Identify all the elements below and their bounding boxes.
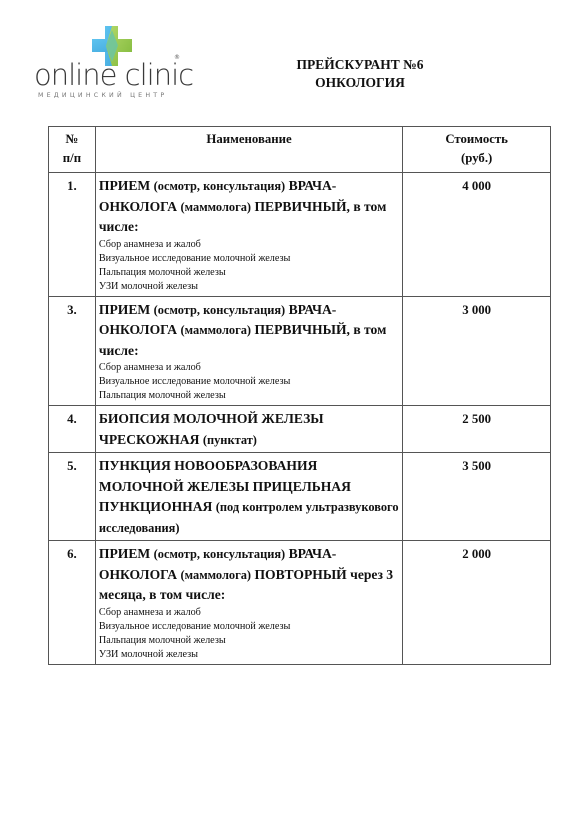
table-row: 1.ПРИЕМ (осмотр, консультация) ВРАЧА-ОНК… (49, 173, 551, 297)
registered-mark: ® (174, 54, 180, 61)
header-price: Стоимость (руб.) (403, 127, 551, 173)
header-number: № п/п (49, 127, 96, 173)
logo-subtitle: МЕДИЦИНСКИЙ ЦЕНТР (38, 92, 167, 99)
table-body: 1.ПРИЕМ (осмотр, консультация) ВРАЧА-ОНК… (49, 173, 551, 665)
service-price: 4 000 (403, 173, 551, 297)
table-header-row: № п/п Наименование Стоимость (руб.) (49, 127, 551, 173)
table-row: 3.ПРИЕМ (осмотр, консультация) ВРАЧА-ОНК… (49, 296, 551, 406)
clinic-logo: online clinic ® МЕДИЦИНСКИЙ ЦЕНТР (34, 24, 184, 96)
service-cell: ПРИЕМ (осмотр, консультация) ВРАЧА-ОНКОЛ… (95, 541, 402, 665)
service-subitem: Визуальное исследование молочной железы (99, 252, 399, 266)
service-title: БИОПСИЯ МОЛОЧНОЙ ЖЕЛЕЗЫ ЧРЕСКОЖНАЯ (пунк… (99, 409, 399, 450)
service-cell: ПРИЕМ (осмотр, консультация) ВРАЧА-ОНКОЛ… (95, 173, 402, 297)
service-price: 2 500 (403, 406, 551, 453)
row-number: 4. (49, 406, 96, 453)
service-subitem: Пальпация молочной железы (99, 634, 399, 648)
title-price-list: ПРЕЙСКУРАНТ №6 (270, 56, 450, 74)
price-table: № п/п Наименование Стоимость (руб.) 1.ПР… (48, 126, 551, 665)
service-subitem: Сбор анамнеза и жалоб (99, 606, 399, 620)
service-cell: БИОПСИЯ МОЛОЧНОЙ ЖЕЛЕЗЫ ЧРЕСКОЖНАЯ (пунк… (95, 406, 402, 453)
service-subitem: Пальпация молочной железы (99, 266, 399, 280)
title-department: ОНКОЛОГИЯ (270, 74, 450, 92)
service-price: 3 000 (403, 296, 551, 406)
logo-wordmark: online clinic (34, 60, 193, 90)
service-subitem: Визуальное исследование молочной железы (99, 375, 399, 389)
service-subitem: Сбор анамнеза и жалоб (99, 361, 399, 375)
header-name: Наименование (95, 127, 402, 173)
service-cell: ПУНКЦИЯ НОВООБРАЗОВАНИЯ МОЛОЧНОЙ ЖЕЛЕЗЫ … (95, 453, 402, 541)
service-title: ПРИЕМ (осмотр, консультация) ВРАЧА-ОНКОЛ… (99, 176, 399, 238)
row-number: 6. (49, 541, 96, 665)
service-price: 3 500 (403, 453, 551, 541)
document-title: ПРЕЙСКУРАНТ №6 ОНКОЛОГИЯ (270, 56, 450, 92)
row-number: 3. (49, 296, 96, 406)
service-price: 2 000 (403, 541, 551, 665)
service-subitem: УЗИ молочной железы (99, 280, 399, 294)
row-number: 1. (49, 173, 96, 297)
service-subitem: Пальпация молочной железы (99, 389, 399, 403)
service-title: ПРИЕМ (осмотр, консультация) ВРАЧА-ОНКОЛ… (99, 300, 399, 362)
table-row: 6.ПРИЕМ (осмотр, консультация) ВРАЧА-ОНК… (49, 541, 551, 665)
service-title: ПРИЕМ (осмотр, консультация) ВРАЧА-ОНКОЛ… (99, 544, 399, 606)
service-title: ПУНКЦИЯ НОВООБРАЗОВАНИЯ МОЛОЧНОЙ ЖЕЛЕЗЫ … (99, 456, 399, 538)
service-subitem: Сбор анамнеза и жалоб (99, 238, 399, 252)
row-number: 5. (49, 453, 96, 541)
service-subitem: УЗИ молочной железы (99, 648, 399, 662)
service-subitem: Визуальное исследование молочной железы (99, 620, 399, 634)
service-cell: ПРИЕМ (осмотр, консультация) ВРАЧА-ОНКОЛ… (95, 296, 402, 406)
table-row: 5.ПУНКЦИЯ НОВООБРАЗОВАНИЯ МОЛОЧНОЙ ЖЕЛЕЗ… (49, 453, 551, 541)
table-row: 4.БИОПСИЯ МОЛОЧНОЙ ЖЕЛЕЗЫ ЧРЕСКОЖНАЯ (пу… (49, 406, 551, 453)
